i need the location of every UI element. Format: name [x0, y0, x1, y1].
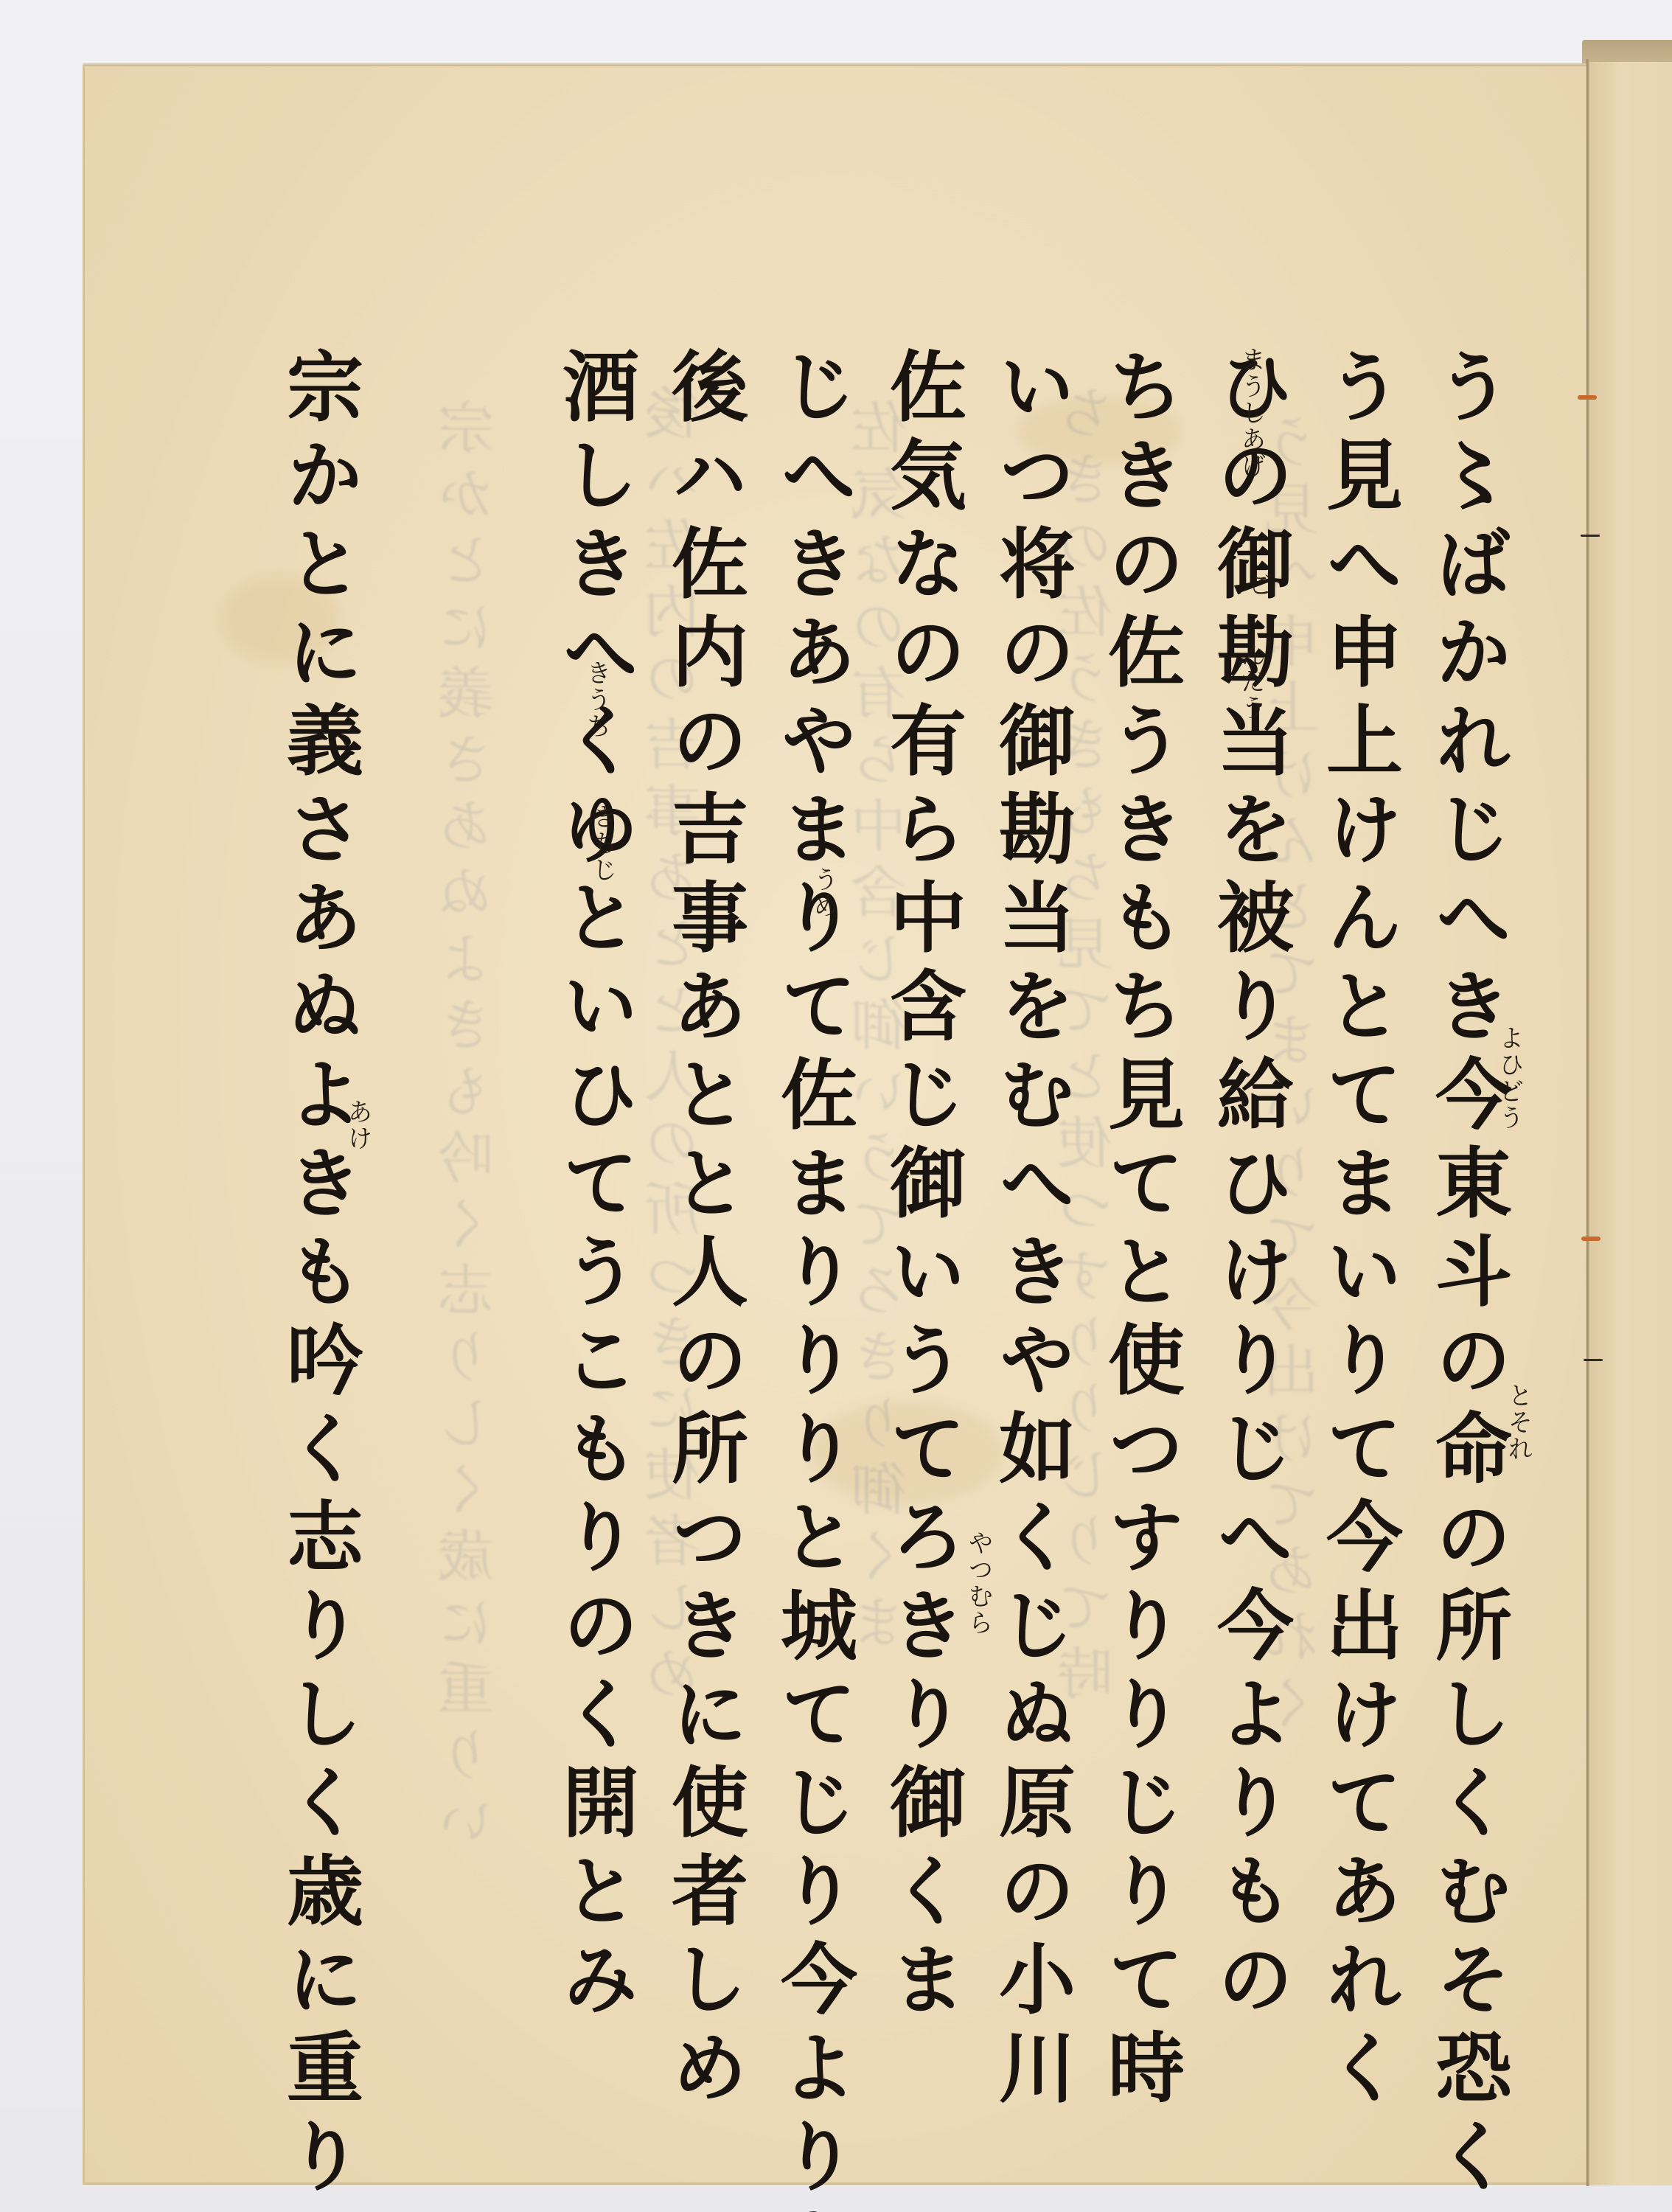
show-through-text: 宗かとに義さあぬよきも吟く志りしく歳に重りい [442, 398, 498, 1873]
text-column-1: う〻ばかれじへき今東斗の命の所しくむそ恐く [1429, 347, 1505, 2042]
binding-hole [1584, 1359, 1603, 1361]
binding-hole-rust [1578, 395, 1597, 400]
text-column-7: じへきあやまりて佐まりりりと城てじり今よりも [774, 347, 851, 2042]
binding-hole [1581, 535, 1600, 537]
text-column-3: ひの御勘当を被り給ひけりじへ今よりもの [1211, 347, 1287, 2042]
text-column-6: 佐気なの有ら中含じ御いうてろきり御くま [883, 347, 960, 2042]
binding-hole-rust [1581, 1237, 1600, 1241]
furigana-yatsumura: やつむら [966, 1530, 991, 1636]
furigana-yoidou: よひどう [1497, 1025, 1522, 1131]
text-column-8: 後ハ佐内の吉事あとと人の所つきに使者しめ [665, 347, 742, 2042]
furigana-moushiage: まうしあげ [1239, 347, 1264, 479]
furigana-tosore: とそれ [1505, 1382, 1530, 1462]
furigana-ndau: んだう [1239, 641, 1264, 721]
book-cover-tab [1582, 40, 1672, 65]
furigana-kiuchi: きうち [584, 660, 609, 740]
text-column-9: 酒しきへくゆといひてうこもりのく開とみ [556, 347, 633, 2042]
furigana-ake: あけ [345, 1099, 370, 1152]
text-column-10: 宗かとに義さあぬよきも吟く志りしく歳に重りい [280, 347, 357, 2042]
furigana-kichiji: きちじ [590, 804, 615, 883]
adjacent-leaf [1589, 62, 1672, 2185]
text-column-4: ちきの佐うきもち見てと使つすりりじりて時 [1101, 347, 1178, 2042]
text-column-5: いつ将の御勘当をむへきや如くじぬ原の小川 [992, 347, 1069, 2042]
furigana-go: ご [1246, 571, 1271, 598]
text-column-2: う見へ申上けんとてまいりて今出けてあれく [1320, 347, 1396, 2042]
furigana-ume: うめ [811, 866, 836, 919]
binding-fold [1586, 59, 1589, 2186]
